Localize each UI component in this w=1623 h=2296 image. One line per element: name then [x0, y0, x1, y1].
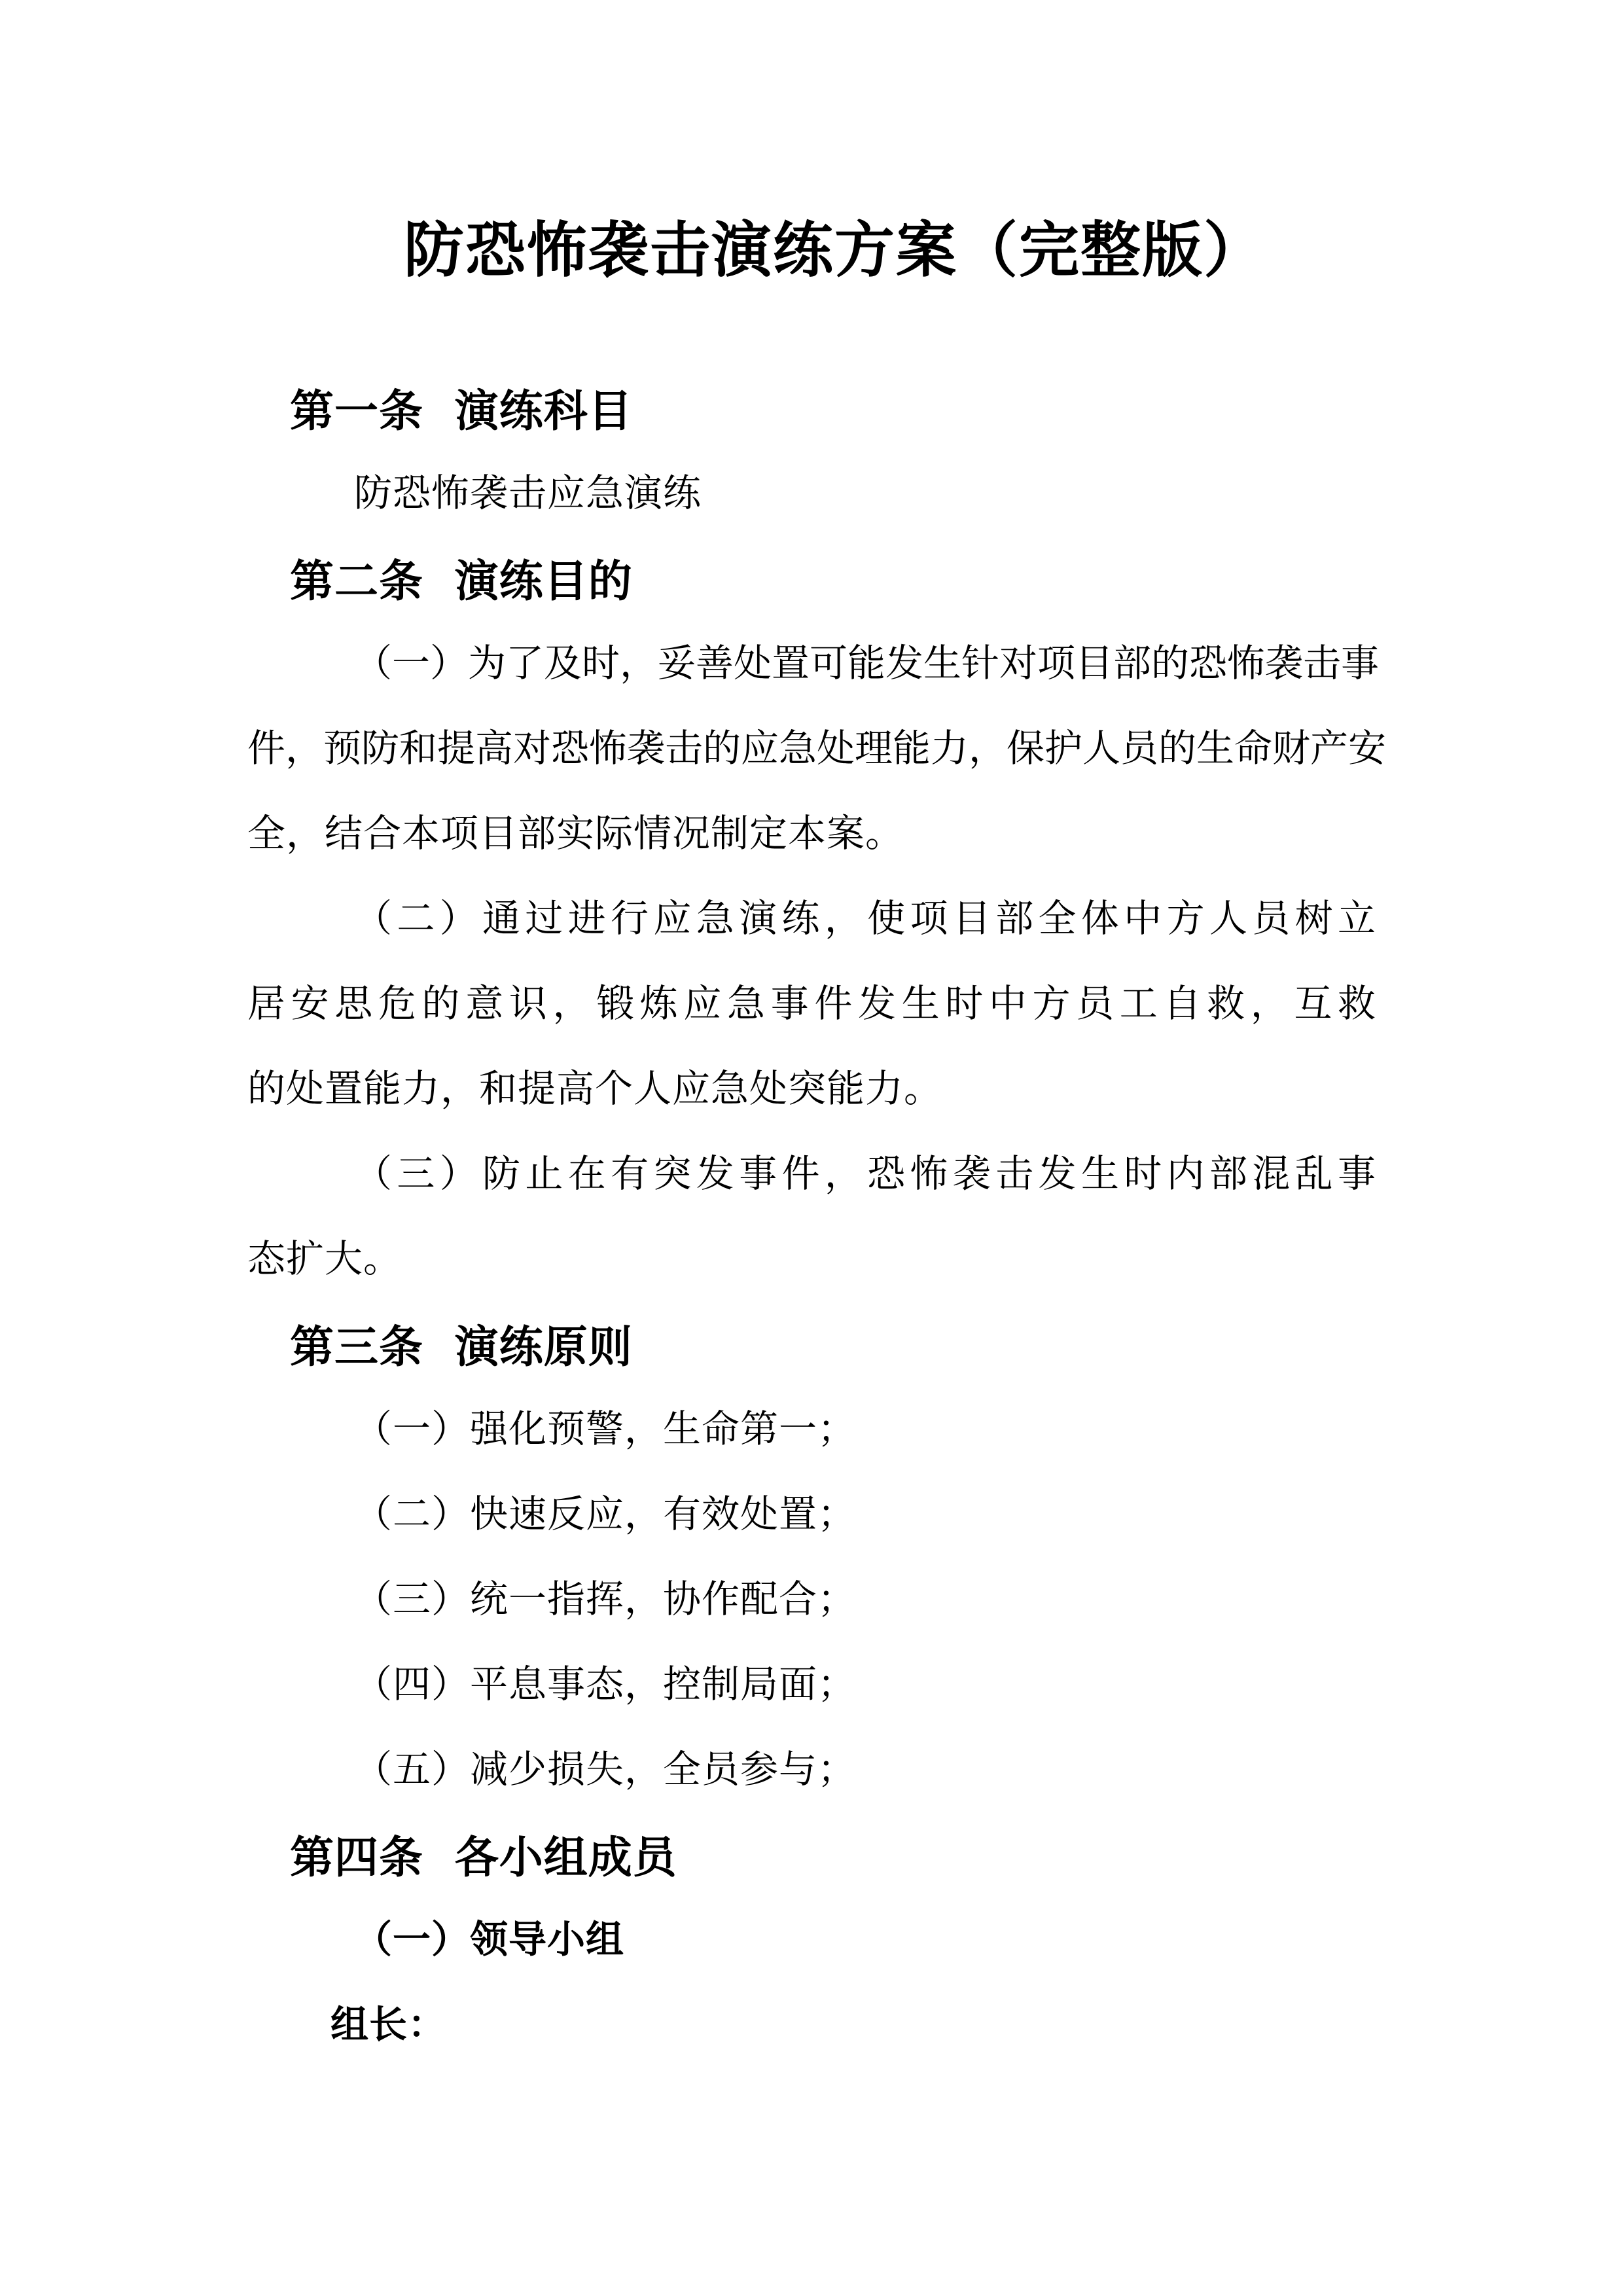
- subheading-line: （一）领导小组: [354, 1919, 624, 1962]
- article-heading: 第三条 演练原则: [290, 1323, 633, 1372]
- text-line: 态扩大。: [247, 1238, 402, 1281]
- text-line: 防恐怖袭击应急演练: [354, 473, 702, 515]
- text-line: 的处置能力，和提高个人应急处突能力。: [247, 1068, 942, 1111]
- text-line: （三）防止在有突发事件，恐怖袭击发生时内部混乱事: [354, 1153, 1376, 1196]
- article-heading: 第二条 演练目的: [290, 558, 633, 607]
- text-line: （一）强化预警，生命第一；: [354, 1408, 856, 1451]
- text-line: （三）统一指挥，协作配合；: [354, 1579, 856, 1621]
- document-page: 防恐怖袭击演练方案（完整版）第一条 演练科目防恐怖袭击应急演练第二条 演练目的（…: [0, 0, 1623, 2296]
- text-line: 居安思危的意识，锻炼应急事件发生时中方员工自救，互救: [247, 983, 1376, 1026]
- text-line: （四）平息事态，控制局面；: [354, 1664, 856, 1706]
- text-line: （一）为了及时，妥善处置可能发生针对项目部的恐怖袭击事: [354, 643, 1376, 685]
- text-line: （五）减少损失，全员参与；: [354, 1749, 856, 1791]
- document-title: 防恐怖袭击演练方案（完整版）: [0, 217, 1623, 285]
- text-line: 件，预防和提高对恐怖袭击的应急处理能力，保护人员的生命财产安: [247, 728, 1376, 770]
- text-line: 全，结合本项目部实际情况制定本案。: [247, 813, 904, 855]
- article-heading: 第四条 各小组成员: [290, 1834, 677, 1883]
- text-line: （二）快速反应，有效处置；: [354, 1494, 856, 1536]
- article-heading: 第一条 演练科目: [290, 387, 633, 437]
- text-line: （二）通过进行应急演练，使项目部全体中方人员树立: [354, 898, 1376, 941]
- role-label: 组长：: [330, 2004, 446, 2047]
